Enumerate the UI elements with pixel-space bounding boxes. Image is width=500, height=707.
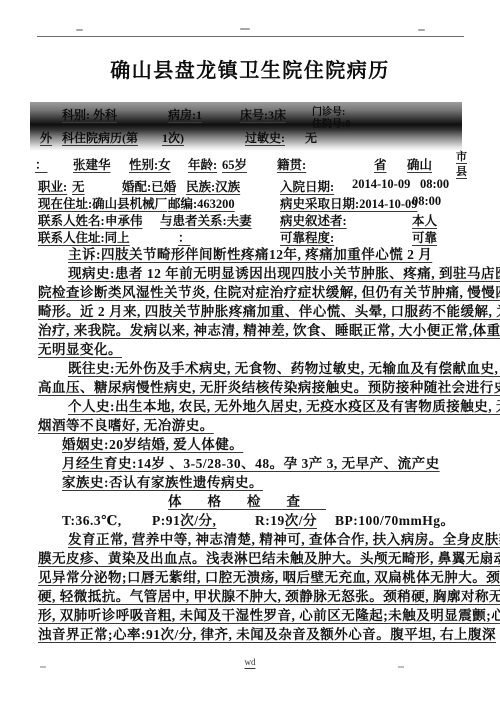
record-type-title: 科住院病历(第 — [62, 129, 138, 146]
temperature-value: T:36.3℃, — [62, 511, 122, 530]
patient-name: 张建华 — [73, 155, 111, 173]
narrator-label: 病史叙述者: — [280, 211, 347, 229]
marriage-field: 婚配:已婚 — [122, 177, 176, 195]
bed-field: 床号:3床 — [240, 106, 286, 123]
exam-finding-line: 膜无皮疹、黄染及出血点。浅表淋巴结未触及肿大。头颅无畸形, 鼻翼无扇动, 未 — [38, 549, 458, 568]
occupation-value: 无 — [72, 177, 85, 195]
age-value: 65岁 — [222, 155, 247, 173]
header-band: 科别: 外科 病房:1 床号:3床 门诊号: 住院号:0 外 科住院病历(第 1… — [30, 102, 462, 151]
department-field: 科别: 外科 — [62, 106, 117, 123]
mid-colon: ： — [178, 228, 191, 246]
present-illness-line: 治疗, 来我院。发病以来, 神志清, 精神差, 饮食、睡眠正常, 大小便正常,体… — [38, 321, 458, 340]
respiration-number: R:19 — [255, 513, 285, 528]
history-time: 08:00 — [412, 194, 441, 209]
origin-value: 确山 — [407, 155, 432, 173]
zipcode-field: 邮编:463200 — [168, 194, 235, 212]
pulse-number: P:91 — [152, 513, 180, 528]
document-title: 确山县盘龙镇卫生院住院病历 — [0, 54, 500, 83]
present-illness-line: 畸形。近 2 月来, 四肢关节肿胀疼痛加重、伴心慌、头晕, 口服药不能缓解, 为… — [38, 302, 458, 321]
scan-artifact-tick — [240, 28, 250, 30]
present-illness-line: 院检查诊断类风湿性关节炎, 住院对症治疗症状缓解, 但仍有关节肿痛, 慢慢四肢 — [38, 283, 458, 302]
footer-watermark: wd — [0, 657, 500, 667]
exam-finding-line: 发育正常, 营养中等, 神志清楚, 精神可, 查体合作, 扶入病房。全身皮肤黏 — [38, 530, 458, 549]
present-illness-line: 无明显变化。 — [38, 340, 458, 359]
inpatient-no-field: 住院号:0 — [312, 115, 350, 130]
name-colon: ： — [35, 155, 48, 173]
allergy-value: 无 — [305, 129, 317, 146]
scan-artifact-tick — [418, 29, 425, 31]
scan-artifact-mark — [40, 666, 46, 668]
occupation-label: 职业: — [38, 177, 67, 195]
reliability-value: 可靠 — [412, 228, 437, 246]
blood-pressure-value: BP:100/70mmHg。 — [335, 511, 455, 530]
respiration-unit: 次/分 — [285, 513, 317, 528]
history-date-field: 病史采取日期:2014-10-09 — [280, 194, 418, 212]
personal-history-line: 烟酒等不良嗜好, 无冶游史。 — [38, 416, 458, 435]
chief-complaint-line: 主诉:四肢关节畸形伴间断性疼痛12年, 疼痛加重伴心慌 2 月 — [38, 245, 458, 264]
exam-finding-line: 硬, 轻微抵抗。气管居中, 甲状腺不肿大, 颈静脉无怒张。颈稍硬, 胸廓对称无畸 — [38, 587, 458, 606]
contact-address: 联系人住址:同上 — [38, 228, 130, 246]
past-history-line: 既往史:无外伤及手术病史, 无食物、药物过敏史, 无输血及有偿献血史, 无 — [38, 359, 458, 378]
origin-province: 省 — [374, 155, 387, 173]
record-body: 主诉:四肢关节畸形伴间断性疼痛12年, 疼痛加重伴心慌 2 月 现病史:患者 1… — [38, 245, 458, 644]
admission-date: 2014-10-09 — [352, 177, 410, 192]
contact-label: 联系人姓名: — [38, 211, 105, 229]
vital-signs-line: T:36.3℃, P:91次/分, R:19次/分 BP:100/70mmHg。 — [38, 511, 458, 530]
exam-finding-line: 形, 双肺听诊呼吸音粗, 未闻及干湿性罗音, 心前区无隆起;未触及明显震颤;心 — [38, 606, 458, 625]
admission-time: 08:00 — [420, 177, 449, 192]
pulse-value: P:91次/分, — [152, 511, 216, 530]
ethnicity-field: 民族:汉族 — [186, 177, 240, 195]
record-count: 1次) — [162, 129, 184, 146]
menstrual-history-line: 月经生育史:14岁 、3-5/28-30、48。孕 3产 3, 无早产、流产史 — [38, 454, 458, 473]
address-field: 现在住址:确山县机械厂 — [38, 194, 167, 212]
marital-history-line: 婚姻史:20岁结婚, 爱人体健。 — [38, 435, 458, 454]
age-label: 年龄: — [188, 155, 217, 173]
origin-label: 籍贯: — [277, 155, 306, 173]
record-type-prefix: 外 — [40, 129, 52, 146]
reliability-label: 可靠程度: — [280, 228, 334, 246]
physical-exam-header: 体格检查 — [38, 492, 458, 511]
pulse-unit: 次/分, — [180, 513, 216, 528]
present-illness-line: 现病史:患者 12 年前无明显诱因出现四肢小关节肿胀、疼痛, 到驻马店医 — [38, 264, 458, 283]
scanned-medical-record-page: 确山县盘龙镇卫生院住院病历 科别: 外科 病房:1 床号:3床 门诊号: 住院号… — [0, 0, 500, 707]
narrator-value: 本人 — [412, 211, 437, 229]
family-history-line: 家族史:否认有家族性遗传病史。 — [38, 473, 458, 492]
personal-history-line: 个人史:出生本地, 农民, 无外地久居史, 无疫水疫区及有害物质接触史, 无 — [38, 397, 458, 416]
scan-artifact-mark — [398, 666, 404, 668]
past-history-line: 高血压、糖尿病慢性病史, 无肝炎结核传染病接触史。预防接种随社会进行史。 — [38, 378, 458, 397]
respiration-value: R:19次/分 — [255, 511, 317, 530]
admission-label: 入院日期: — [280, 177, 334, 195]
origin-city: 市 — [456, 148, 467, 164]
origin-county: 县 — [456, 163, 467, 179]
allergy-label: 过敏史: — [245, 129, 285, 146]
relation-field: 与患者关系:夫妻 — [160, 211, 252, 229]
sex-field: 性别:女 — [129, 155, 171, 173]
exam-finding-line: 见异常分泌物;口唇无紫绀, 口腔无溃疡, 咽后壁无充血, 双扁桃体无肿大。颈稍 — [38, 568, 458, 587]
header-rule — [37, 36, 464, 37]
contact-name: 申承伟 — [105, 211, 143, 229]
ward-field: 病房:1 — [168, 106, 202, 123]
scan-artifact-tick — [76, 29, 83, 31]
exam-finding-line: 浊音界正常;心率:91次/分, 律齐, 未闻及杂音及额外心音。腹平坦, 右上腹深 — [38, 625, 458, 644]
